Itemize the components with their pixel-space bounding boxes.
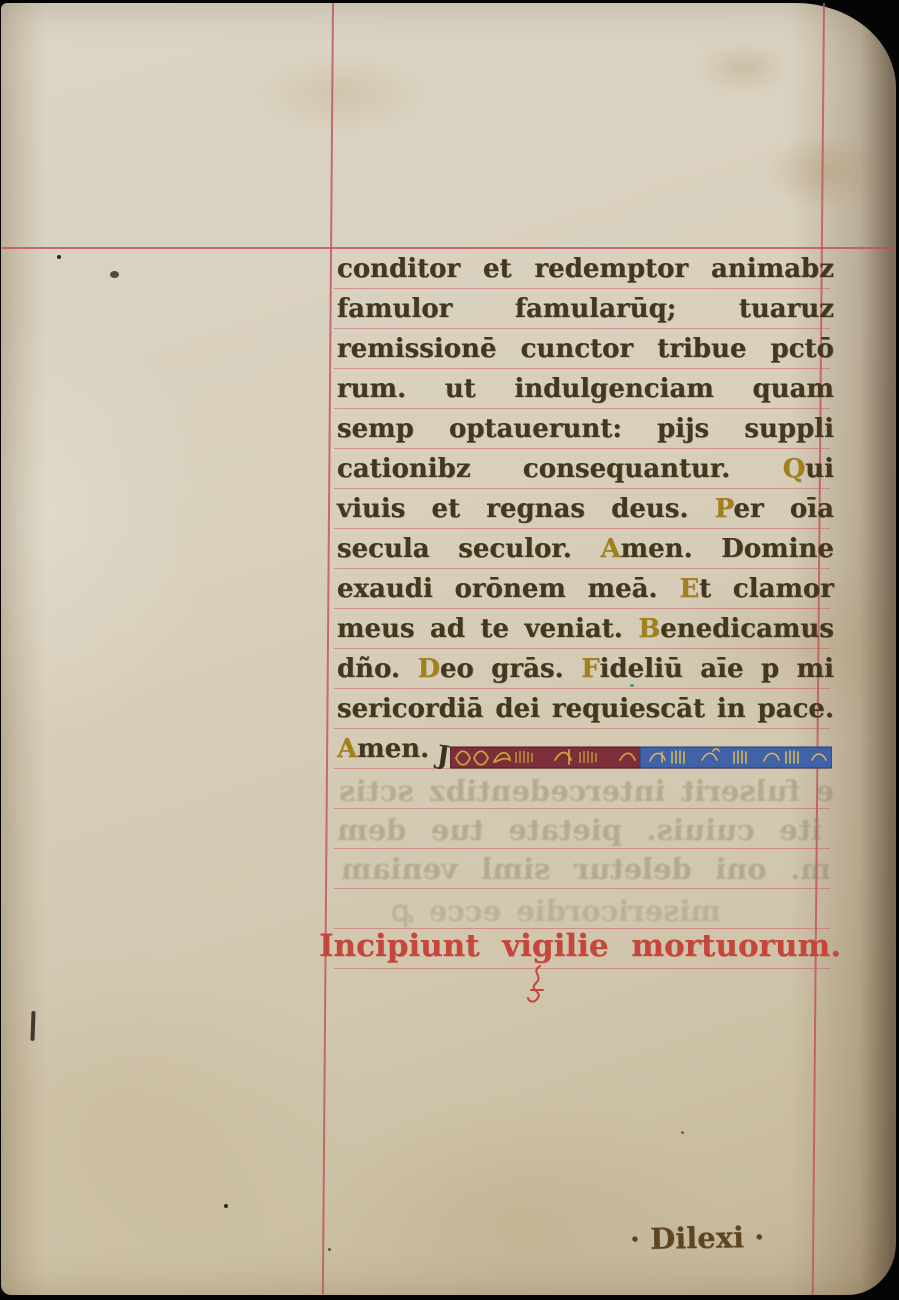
ink-speck [328, 1248, 331, 1251]
text-line: meus ad te veniat. Benedicamus [337, 609, 834, 649]
text-line: famulor famularūq; tuaruz [337, 289, 834, 329]
text-line: conditor et redemptor animabz [337, 249, 834, 289]
text-segment: ideliū aīe p mi [600, 654, 834, 684]
text-segment: semp optauerunt: pijs suppli [337, 414, 834, 444]
text-line: sericordiā dei requiescāt in pace. [337, 689, 834, 729]
text-line: semp optauerunt: pijs suppli [337, 409, 834, 449]
ink-smudge [110, 271, 119, 278]
manuscript-page: e fulserit intercedentibz sctisite cuiui… [1, 3, 896, 1295]
text-segment: rum. ut indulgenciam quam [337, 374, 834, 404]
gold-initial: F [581, 654, 599, 684]
text-segment: remissionē cunctor tribue pctō [337, 334, 834, 364]
catchword: · Dilexi · [597, 1211, 798, 1264]
text-segment: exaudi orōnem meā. [337, 574, 679, 604]
text-line: viuis et regnas deus. Per oīa [337, 489, 834, 529]
gold-initial: D [417, 654, 440, 684]
line-filler-ornament [450, 746, 832, 769]
text-block: conditor et redemptor animabzfamulor fam… [1, 3, 896, 1295]
text-line: rum. ut indulgenciam quam [337, 369, 834, 409]
text-segment: secula seculor. [337, 534, 600, 564]
text-segment: eo grās. [440, 654, 581, 684]
text-segment: cationibz consequantur. [337, 454, 783, 484]
pigment-speck-teal [630, 684, 634, 687]
ink-speck [224, 1204, 228, 1208]
text-segment: dño. [337, 654, 417, 684]
text-line: exaudi orōnem meā. Et clamor [337, 569, 834, 609]
text-line: remissionē cunctor tribue pctō [337, 329, 834, 369]
ink-speck [57, 255, 61, 259]
text-line: Amen. [337, 729, 429, 769]
text-line: dño. Deo grās. Fideliū aīe p mi [337, 649, 834, 689]
text-segment: meus ad te veniat. [337, 614, 638, 644]
rubric-incipit: Incipiunt vigilie mortuorum. [319, 921, 841, 969]
gold-initial: B [638, 614, 660, 644]
text-segment: ui [805, 454, 834, 484]
ink-speck [681, 1131, 684, 1134]
text-segment: sericordiā dei requiescāt in pace. [337, 694, 834, 724]
text-segment: men. Domine [621, 534, 834, 564]
text-segment: viuis et regnas deus. [337, 494, 715, 524]
text-line: cationibz consequantur. Qui [337, 449, 834, 489]
gold-initial: P [715, 494, 734, 524]
gold-initial: A [600, 534, 620, 564]
gold-initial: Q [783, 454, 806, 484]
text-segment: men. [357, 734, 429, 764]
pigment-speck-teal [889, 585, 893, 588]
text-segment: er oīa [734, 494, 834, 524]
text-line: secula seculor. Amen. Domine [337, 529, 834, 569]
gold-initial: A [337, 734, 357, 764]
text-segment: t clamor [699, 574, 834, 604]
text-segment: enedicamus [660, 614, 834, 644]
rubric-flourish [524, 965, 550, 1007]
photo-backdrop: e fulserit intercedentibz sctisite cuiui… [0, 0, 899, 1300]
text-segment: famulor famularūq; tuaruz [337, 294, 834, 324]
text-segment: conditor et redemptor animabz [337, 254, 834, 284]
gold-initial: E [679, 574, 699, 604]
